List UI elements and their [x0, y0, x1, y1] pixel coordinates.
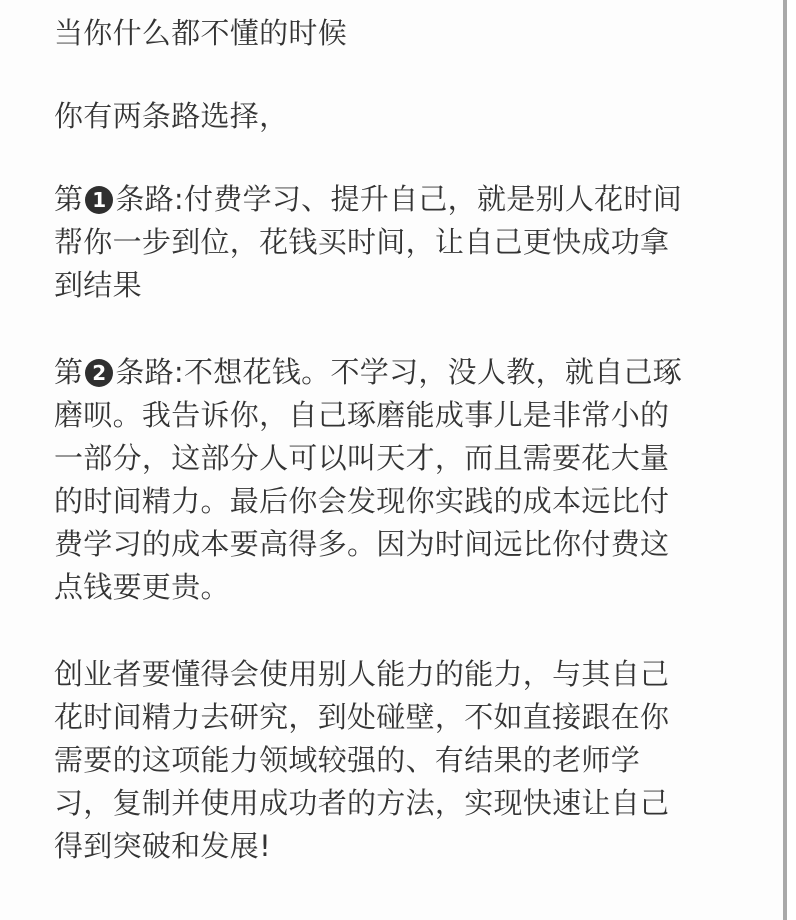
number-one-circle-icon: 1 — [85, 186, 113, 214]
road-1-line: 到结果 — [54, 264, 754, 307]
document-content: 当你什么都不懂的时候 你有两条路选择， 第1条路:付费学习、提升自己，就是别人花… — [54, 12, 754, 868]
conclusion-line: 习，复制并使用成功者的方法，实现快速让自己 — [54, 782, 754, 825]
choice-text: 你有两条路选择， — [54, 95, 754, 138]
road-2-prefix: 第 — [54, 355, 83, 389]
right-margin — [787, 0, 796, 920]
road-1-prefix: 第 — [54, 182, 83, 216]
document-page: 当你什么都不懂的时候 你有两条路选择， 第1条路:付费学习、提升自己，就是别人花… — [0, 0, 783, 920]
road-2-line: 点钱要更贵。 — [54, 566, 754, 609]
road-2-line: 磨呗。我告诉你，自己琢磨能成事儿是非常小的 — [54, 394, 754, 437]
road-2-line: 条路:不想花钱。不学习，没人教，就自己琢 — [115, 355, 682, 389]
number-two-circle-icon: 2 — [85, 359, 113, 387]
road-2-paragraph: 第2条路:不想花钱。不学习，没人教，就自己琢 磨呗。我告诉你，自己琢磨能成事儿是… — [54, 351, 754, 609]
conclusion-line: 得到突破和发展! — [54, 825, 754, 868]
intro-text: 当你什么都不懂的时候 — [54, 12, 754, 55]
road-1-paragraph: 第1条路:付费学习、提升自己，就是别人花时间 帮你一步到位，花钱买时间，让自己更… — [54, 178, 754, 307]
conclusion-line: 花时间精力去研究，到处碰壁，不如直接跟在你 — [54, 696, 754, 739]
conclusion-line: 创业者要懂得会使用别人能力的能力，与其自己 — [54, 653, 754, 696]
road-1-line: 帮你一步到位，花钱买时间，让自己更快成功拿 — [54, 221, 754, 264]
road-2-line: 一部分，这部分人可以叫天才，而且需要花大量 — [54, 437, 754, 480]
road-2-line: 费学习的成本要高得多。因为时间远比你付费这 — [54, 523, 754, 566]
road-2-line: 的时间精力。最后你会发现你实践的成本远比付 — [54, 480, 754, 523]
road-1-line: 条路:付费学习、提升自己，就是别人花时间 — [115, 182, 682, 216]
conclusion-line: 需要的这项能力领域较强的、有结果的老师学 — [54, 739, 754, 782]
conclusion-paragraph: 创业者要懂得会使用别人能力的能力，与其自己 花时间精力去研究，到处碰壁，不如直接… — [54, 653, 754, 868]
